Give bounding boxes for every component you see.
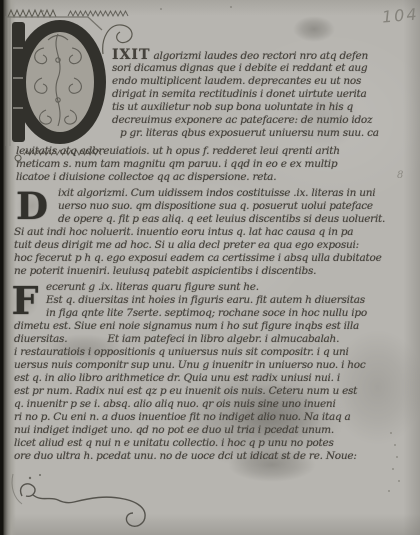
text-line: p gr. literas qbus exposuerut uniuersu n… <box>112 127 379 140</box>
text-line: ecerunt g .ix. literas quaru figure sunt… <box>46 281 367 294</box>
text-line: ri no p. Cu eni n. a duos inuentioe fit … <box>14 411 366 424</box>
text-line: est q. in alio libro arithmetice dr. Qui… <box>14 372 366 385</box>
text-line: tuit deus dirigit me ad hoc. Si u alia d… <box>14 239 382 252</box>
text-line: uersus nuis componitr sup unu. Unu g inu… <box>14 359 366 372</box>
initial-glyph: D <box>16 184 48 228</box>
pen-flourish-bottom <box>10 472 150 528</box>
ink-stain <box>293 16 335 42</box>
paragraph-2-indented: ixit algorizmi. Cum uidissem indos costi… <box>58 187 385 226</box>
text-line: Est q. diuersitas int hoies in figuris e… <box>46 294 367 307</box>
text-line: i restauratiois i oppositionis q uniuers… <box>14 346 366 359</box>
manuscript-page-photo: 104 8 D <box>0 0 420 535</box>
text-line: endo multiplicent laudem. deprecantes eu… <box>112 75 379 88</box>
text-line: in figa qnte lite 7serte. septimoq; roch… <box>46 307 367 320</box>
text-line: diuersitas. Et iam patefeci in libro alg… <box>14 333 366 346</box>
text-line: dimetu est. Siue eni noie signamus num i… <box>14 320 366 333</box>
folio-number: 104 <box>381 4 419 26</box>
text-line: IXIT algorizmi laudes deo rectori nro at… <box>112 49 379 62</box>
text-line: est pr num. Radix nui est qz p eu inueni… <box>14 385 366 398</box>
text-line: uerso nuo suo. qm dispositione sua q. po… <box>58 200 385 213</box>
text-line: dirigat in semita rectitudinis i donet u… <box>112 88 379 101</box>
text-line: Si aut indi hoc noluerit. inuentio eoru … <box>14 226 382 239</box>
paragraph-1-full: leuitatis atq adbreuiatiois. ut h opus f… <box>16 145 340 184</box>
text-line: ixit algorizmi. Cum uidissem indos costi… <box>58 187 385 200</box>
text-line: decreuimus exponere ac patefacere: de nu… <box>112 114 379 127</box>
initial-glyph: F <box>12 278 39 323</box>
paragraph-1-indented: IXIT algorizmi laudes deo rectori nro at… <box>112 49 379 140</box>
marginal-mark: 8 <box>397 170 403 181</box>
paragraph-2-full: Si aut indi hoc noluerit. inuentio eoru … <box>14 226 382 278</box>
text-line: q. inuenitr p se i. absq. alio aliq nuo.… <box>14 398 366 411</box>
paragraph-3-indented: ecerunt g .ix. literas quaru figure sunt… <box>46 281 367 320</box>
incipit-capitals: IXIT <box>112 47 150 63</box>
initial-letter-third: F <box>8 280 42 322</box>
text-line: sori dicamus dignas que i debite ei redd… <box>112 62 379 75</box>
text-line: ore duo ultra h. pcedat unu. no de uoce … <box>14 450 366 463</box>
text-line: licet aliud est q nui n e unitatu collec… <box>14 437 366 450</box>
text-line-rest: algorizmi laudes deo rectori nro atq def… <box>153 50 368 62</box>
text-line: leuitatis atq adbreuiatiois. ut h opus f… <box>16 145 340 158</box>
text-line: meticam s. num tam magnitu qm paruu. i q… <box>16 158 340 171</box>
text-line: hoc fecerut p h q. ego exposui eadem ca … <box>14 252 382 265</box>
text-line: ne poterit inueniri. leuiusq patebit asp… <box>14 265 382 278</box>
initial-letter-second: D <box>13 186 51 226</box>
paragraph-3-full: dimetu est. Siue eni noie signamus num i… <box>14 320 366 463</box>
illuminated-initial-D <box>4 14 106 148</box>
text-line: nui indiget indiget uno. qd no pot ee du… <box>14 424 366 437</box>
text-line: de opere q. fit p eas aliq. q eet leuius… <box>58 213 385 226</box>
text-line: licatoe i diuisione collectoe qq ac disp… <box>16 171 340 184</box>
text-line: tis ut auxilietur nob sup bona uoluntate… <box>112 101 379 114</box>
